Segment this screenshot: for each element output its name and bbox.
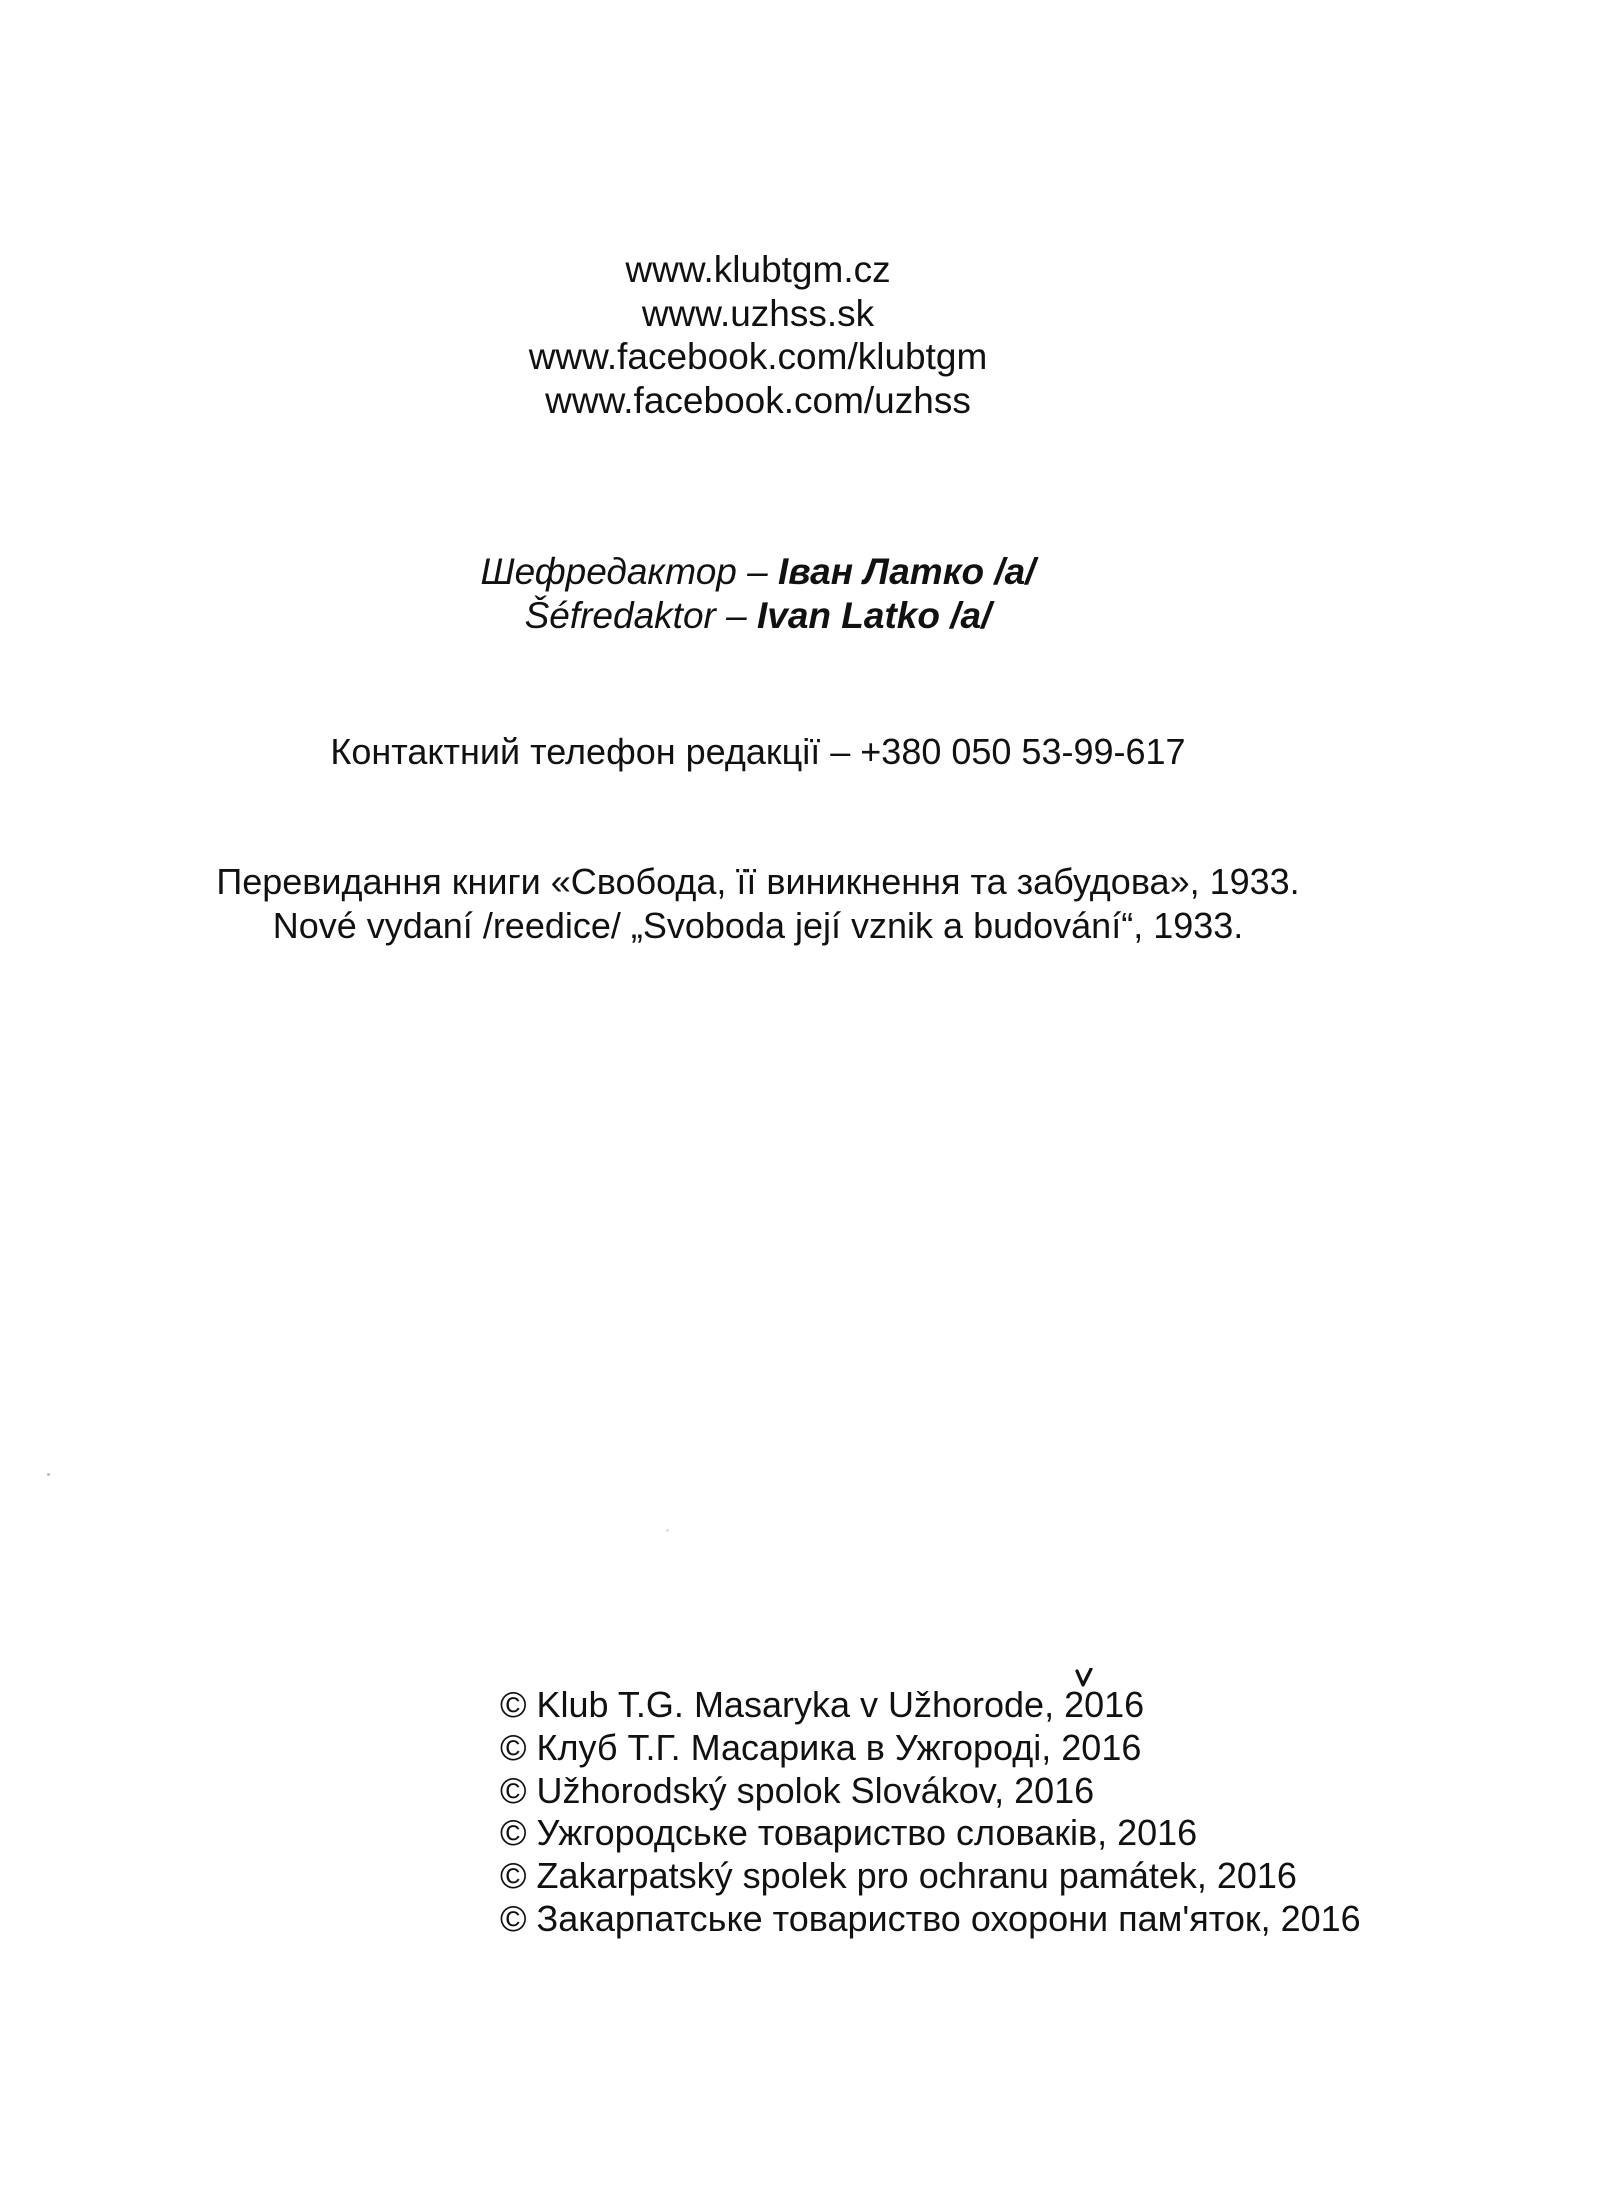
- website-link-uzhss[interactable]: www.uzhss.sk: [0, 292, 1516, 336]
- copyright-block: © Klub T.G. Masaryka v Užhorode, 2016 © …: [500, 1684, 1361, 1941]
- websites-block: www.klubtgm.cz www.uzhss.sk www.facebook…: [0, 248, 1516, 423]
- book-reissue-ukrainian: Перевидання книги «Свобода, її виникненн…: [0, 860, 1516, 904]
- editor-line-czech: Šéfredaktor – Ivan Latko /a/: [0, 594, 1516, 638]
- book-reissue-czech: Nové vydaní /reedice/ „Svoboda její vzni…: [0, 904, 1516, 948]
- editor-role-ukrainian: Шефредактор –: [481, 551, 778, 592]
- copyright-line: © Закарпатське товариство охорони пам'ят…: [500, 1898, 1361, 1941]
- copyright-line: © Ужгородське товариство словаків, 2016: [500, 1812, 1361, 1855]
- editor-block: Шефредактор – Іван Латко /a/ Šéfredaktor…: [0, 550, 1516, 638]
- website-link-klubtgm[interactable]: www.klubtgm.cz: [0, 248, 1516, 292]
- document-page: www.klubtgm.cz www.uzhss.sk www.facebook…: [0, 0, 1600, 2208]
- facebook-link-klubtgm[interactable]: www.facebook.com/klubtgm: [0, 335, 1516, 379]
- contact-phone-text: Контактний телефон редакції – +380 050 5…: [0, 730, 1516, 774]
- copyright-line: © Užhorodský spolok Slovákov, 2016: [500, 1770, 1361, 1813]
- copyright-line: © Zakarpatský spolek pro ochranu památek…: [500, 1855, 1361, 1898]
- copyright-line: © Klub T.G. Masaryka v Užhorode, 2016: [500, 1684, 1361, 1727]
- handwritten-caron-icon: [1074, 1668, 1094, 1688]
- facebook-link-uzhss[interactable]: www.facebook.com/uzhss: [0, 379, 1516, 423]
- scan-speck: [666, 1529, 669, 1532]
- editor-name-czech: Ivan Latko /a/: [757, 595, 991, 636]
- editor-role-czech: Šéfredaktor –: [525, 595, 757, 636]
- contact-phone-block: Контактний телефон редакції – +380 050 5…: [0, 730, 1516, 774]
- editor-line-ukrainian: Шефредактор – Іван Латко /a/: [0, 550, 1516, 594]
- scan-speck: [47, 1473, 50, 1476]
- copyright-line: © Клуб Т.Г. Масарика в Ужгороді, 2016: [500, 1727, 1361, 1770]
- editor-name-ukrainian: Іван Латко /a/: [778, 551, 1035, 592]
- book-reissue-block: Перевидання книги «Свобода, її виникненн…: [0, 860, 1516, 948]
